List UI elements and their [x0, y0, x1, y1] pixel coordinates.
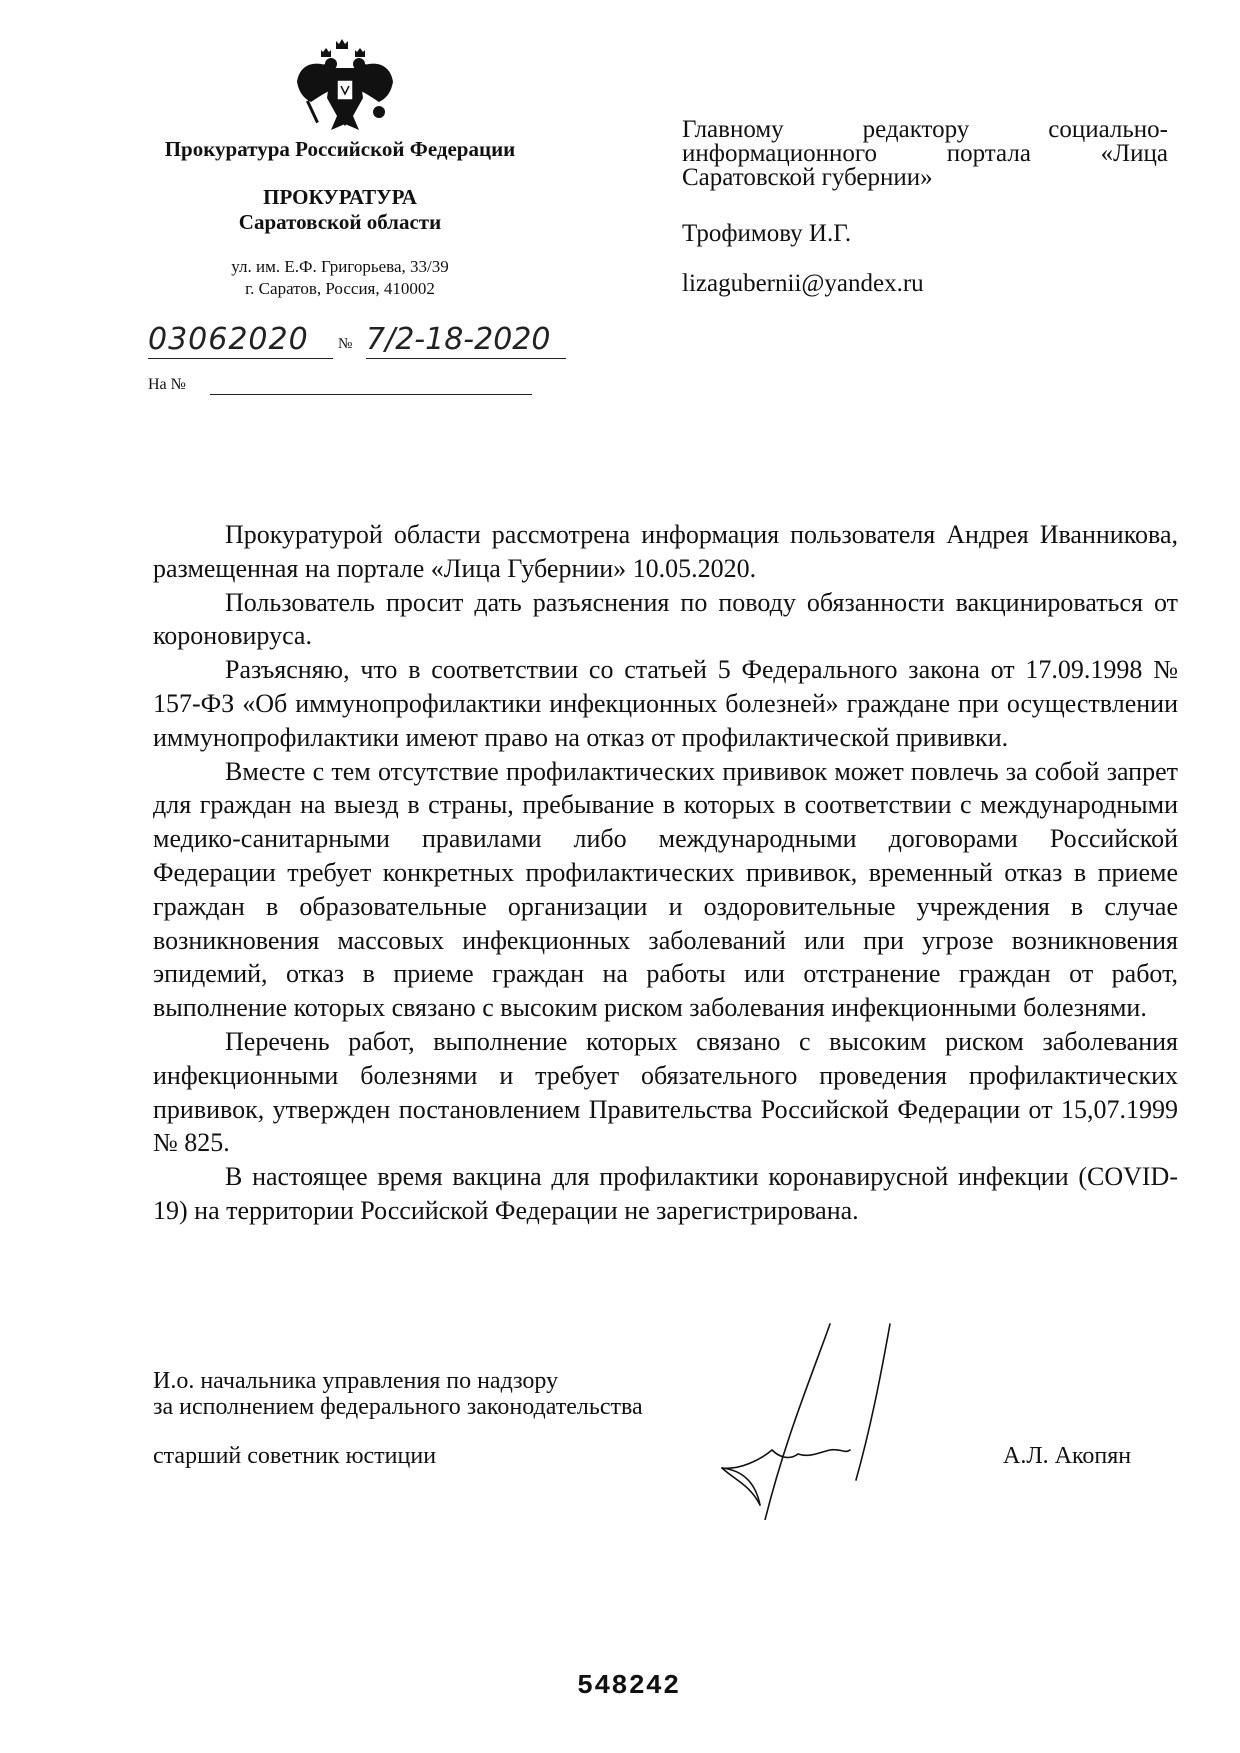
body-paragraph: Пользователь просит дать разъяснения по …	[153, 586, 1178, 654]
body-paragraph: Разъясняю, что в соответствии со статьей…	[153, 653, 1178, 754]
organization-title: ПРОКУРАТУРА Саратовской области	[140, 185, 540, 235]
reply-to-field	[210, 394, 532, 395]
body-paragraph: В настоящее время вакцина для профилакти…	[153, 1160, 1178, 1228]
body-paragraph: Вместе с тем отсутствие профилактических…	[153, 755, 1178, 1025]
organization-title-line1: ПРОКУРАТУРА	[140, 185, 540, 210]
signatory-position-line2: за исполнением федерального законодатель…	[153, 1394, 643, 1420]
registration-date: 03062020	[148, 322, 333, 359]
organization-title-line2: Саратовской области	[140, 210, 540, 235]
document-serial-number: 548242	[577, 1672, 680, 1702]
organization-federal-name: Прокуратура Российской Федерации	[140, 137, 540, 162]
address-line2: г. Саратов, Россия, 410002	[140, 278, 540, 300]
reply-to-line: На №	[148, 376, 538, 400]
body-paragraph: Прокуратурой области рассмотрена информа…	[153, 518, 1178, 586]
address-line1: ул. им. Е.Ф. Григорьева, 33/39	[140, 256, 540, 278]
addressee-line: информационного портала «Лица	[682, 142, 1168, 166]
addressee-email: lizagubernii@yandex.ru	[682, 270, 924, 298]
signatory-position: И.о. начальника управления по надзору за…	[153, 1368, 643, 1420]
body-paragraph: Перечень работ, выполнение которых связа…	[153, 1025, 1178, 1160]
addressee-block: Главному редактору социально- информацио…	[682, 118, 1168, 190]
reply-to-label: На №	[148, 376, 186, 394]
coat-of-arms-icon	[293, 38, 397, 134]
organization-address: ул. им. Е.Ф. Григорьева, 33/39 г. Сарато…	[140, 256, 540, 300]
signatory-rank: старший советник юстиции	[153, 1443, 436, 1470]
letter-body: Прокуратурой области рассмотрена информа…	[153, 518, 1178, 1228]
addressee-line: Саратовской губернии»	[682, 166, 1168, 190]
addressee-name: Трофимову И.Г.	[682, 220, 851, 248]
signatory-position-line1: И.о. начальника управления по надзору	[153, 1368, 643, 1394]
addressee-line: Главному редактору социально-	[682, 118, 1168, 142]
registration-number: 7/2-18-2020	[366, 322, 566, 359]
registration-number-label: №	[338, 336, 352, 353]
signatory-name: А.Л. Акопян	[1003, 1443, 1131, 1470]
handwritten-signature-icon	[680, 1320, 1010, 1520]
registration-line: 03062020 № 7/2-18-2020	[148, 322, 568, 362]
letter-page: Прокуратура Российской Федерации ПРОКУРА…	[0, 0, 1240, 1753]
